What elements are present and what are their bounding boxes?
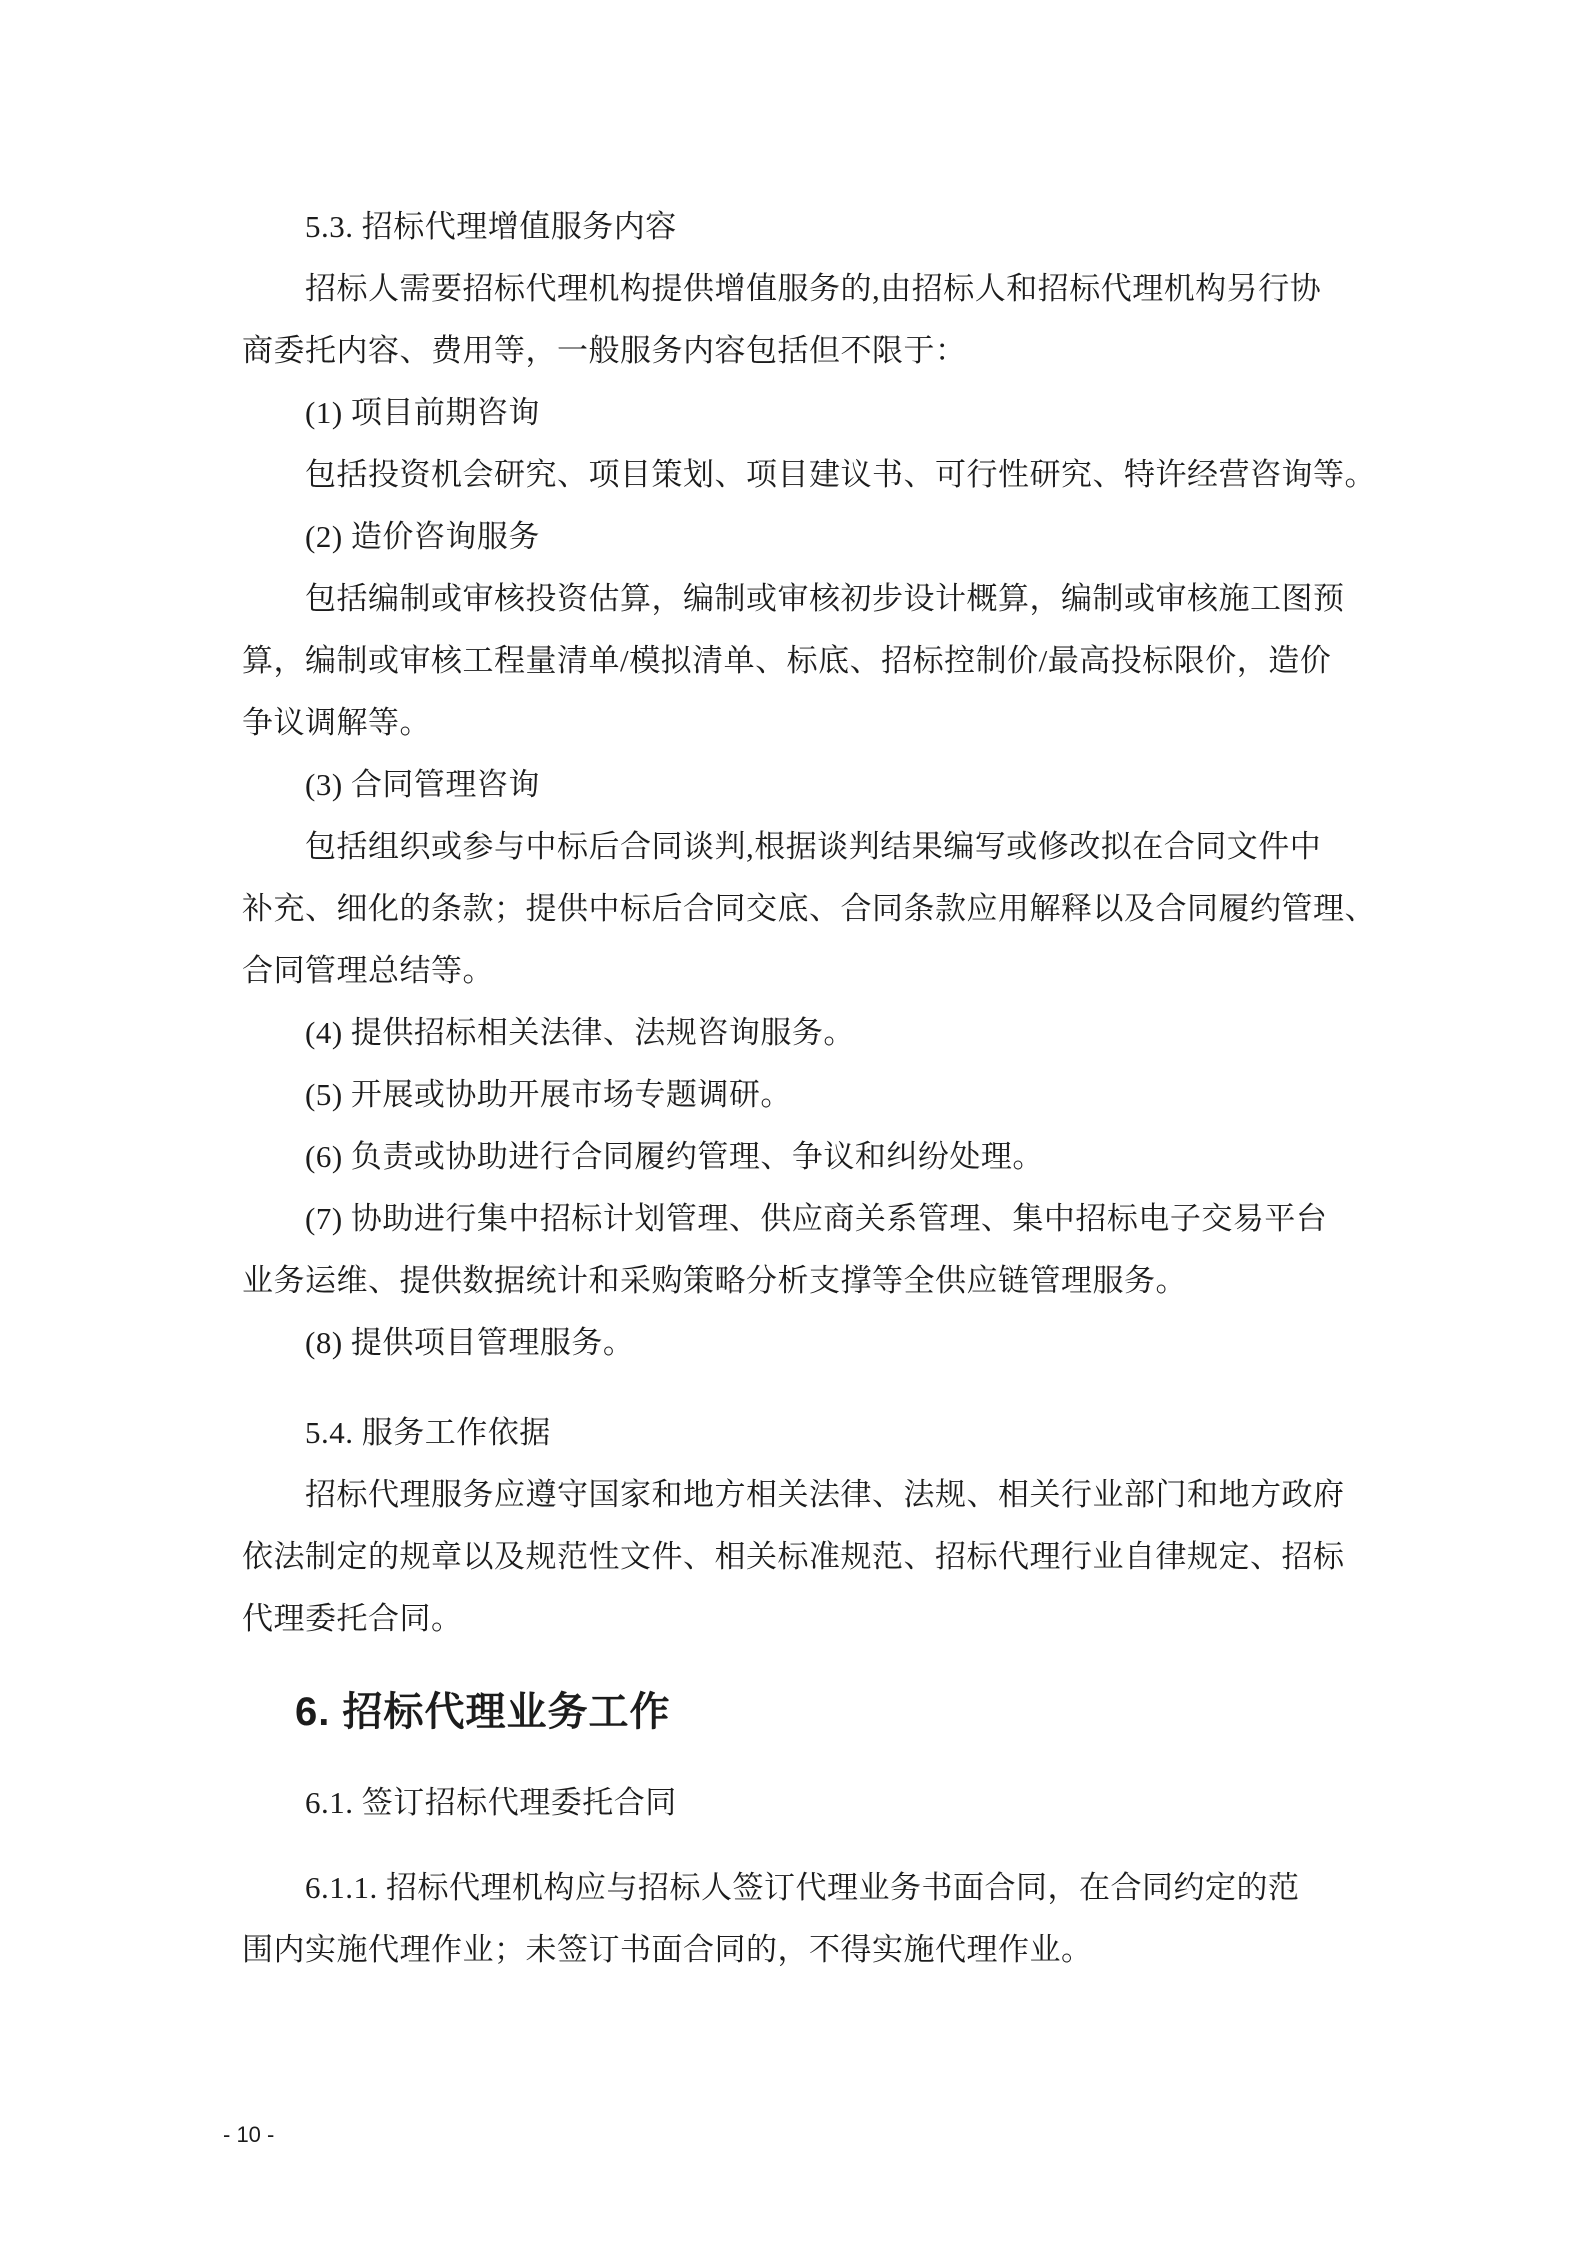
text-line: (6) 负责或协助进行合同履约管理、争议和纠纷处理。 — [242, 1126, 1348, 1188]
subsection-heading: 6.1. 签订招标代理委托合同 — [242, 1772, 1348, 1834]
text-line: (7) 协助进行集中招标计划管理、供应商关系管理、集中招标电子交易平台 — [242, 1188, 1348, 1250]
document-body: 5.3. 招标代理增值服务内容招标人需要招标代理机构提供增值服务的,由招标人和招… — [242, 196, 1348, 1981]
text-line: 代理委托合同。 — [242, 1588, 1348, 1650]
text-line: (4) 提供招标相关法律、法规咨询服务。 — [242, 1002, 1348, 1064]
text-line: 算，编制或审核工程量清单/模拟清单、标底、招标控制价/最高投标限价，造价 — [242, 630, 1348, 692]
text-line: (8) 提供项目管理服务。 — [242, 1312, 1348, 1374]
document-page: 5.3. 招标代理增值服务内容招标人需要招标代理机构提供增值服务的,由招标人和招… — [0, 0, 1587, 2245]
text-line: 招标代理服务应遵守国家和地方相关法律、法规、相关行业部门和地方政府 — [242, 1464, 1348, 1526]
text-line: 商委托内容、费用等，一般服务内容包括但不限于： — [242, 320, 1348, 382]
text-line: 6.1.1. 招标代理机构应与招标人签订代理业务书面合同，在合同约定的范 — [242, 1857, 1348, 1919]
text-line: (1) 项目前期咨询 — [242, 382, 1348, 444]
page-number: - 10 - — [223, 2121, 274, 2149]
text-line: 合同管理总结等。 — [242, 940, 1348, 1002]
text-line: (5) 开展或协助开展市场专题调研。 — [242, 1064, 1348, 1126]
text-line: 包括编制或审核投资估算，编制或审核初步设计概算，编制或审核施工图预 — [242, 568, 1348, 630]
subsection-heading: 5.3. 招标代理增值服务内容 — [242, 196, 1348, 258]
text-line: 包括组织或参与中标后合同谈判,根据谈判结果编写或修改拟在合同文件中 — [242, 816, 1348, 878]
text-line: 招标人需要招标代理机构提供增值服务的,由招标人和招标代理机构另行协 — [242, 258, 1348, 320]
text-line: 依法制定的规章以及规范性文件、相关标准规范、招标代理行业自律规定、招标 — [242, 1526, 1348, 1588]
text-line: (2) 造价咨询服务 — [242, 506, 1348, 568]
text-line: 争议调解等。 — [242, 692, 1348, 754]
text-line: 补充、细化的条款；提供中标后合同交底、合同条款应用解释以及合同履约管理、 — [242, 878, 1348, 940]
subsection-heading: 5.4. 服务工作依据 — [242, 1402, 1348, 1464]
text-line: 包括投资机会研究、项目策划、项目建议书、可行性研究、特许经营咨询等。 — [242, 444, 1348, 506]
section-heading: 6. 招标代理业务工作 — [242, 1677, 1348, 1747]
text-line: 围内实施代理作业；未签订书面合同的，不得实施代理作业。 — [242, 1919, 1348, 1981]
text-line: 业务运维、提供数据统计和采购策略分析支撑等全供应链管理服务。 — [242, 1250, 1348, 1312]
text-line: (3) 合同管理咨询 — [242, 754, 1348, 816]
